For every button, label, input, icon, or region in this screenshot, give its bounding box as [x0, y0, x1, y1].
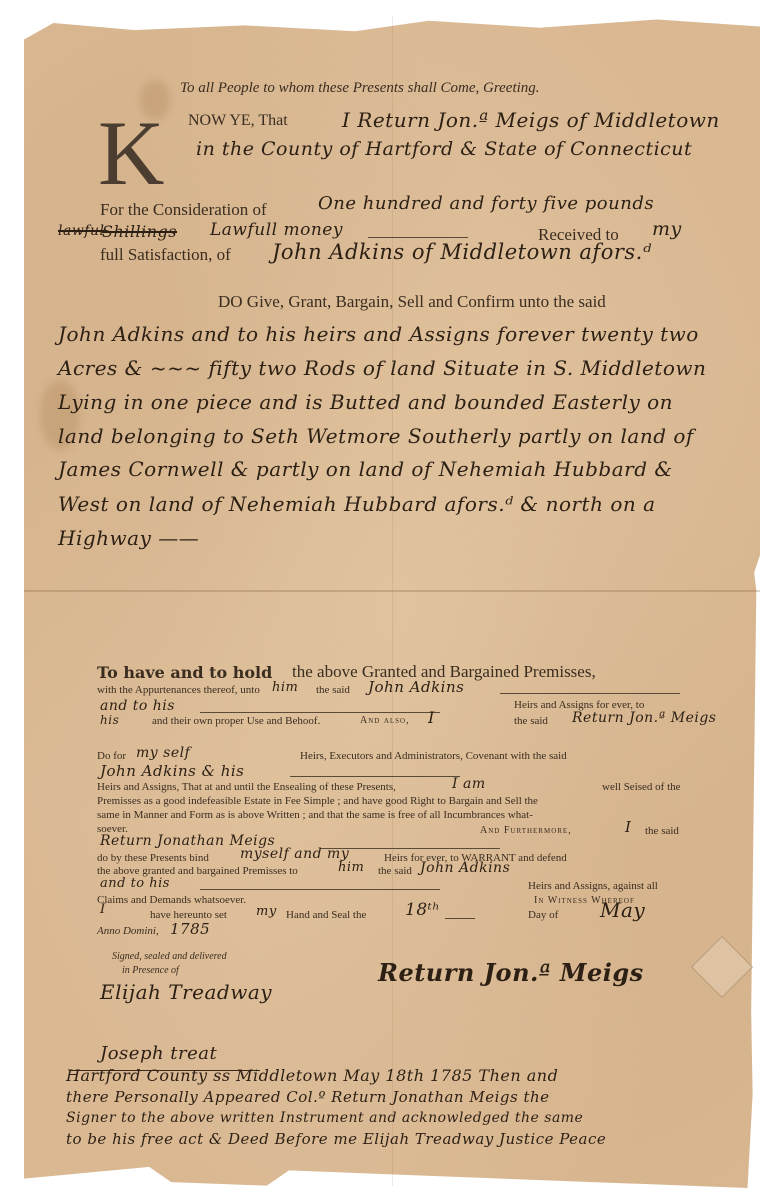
- hand-grantor-name: Return Jon.ª Meigs: [572, 710, 716, 726]
- hand-i: I: [428, 708, 435, 727]
- grantor-line1: I Return Jon.ª Meigs of Middletown: [342, 108, 720, 132]
- hand-and-to-his: and to his: [100, 698, 175, 714]
- know-ye: NOW YE, That: [188, 112, 288, 130]
- do-for: Do for: [97, 750, 126, 762]
- grantor-line2: in the County of Hartford & State of Con…: [196, 138, 692, 160]
- hand-myself-my: myself and my: [240, 846, 349, 862]
- grantee: John Adkins of Middletown afors.ᵈ: [272, 240, 652, 264]
- habendum-line1: with the Appurtenances thereof, unto: [97, 684, 260, 696]
- hand-grantee: John Adkins: [420, 860, 510, 876]
- drop-cap: K: [98, 107, 164, 199]
- received-by: my: [652, 218, 682, 240]
- acknowledgment-line: Hartford County ss Middletown May 18th 1…: [66, 1066, 558, 1085]
- vertical-fold-crease: [392, 16, 393, 1186]
- heirs-against: Heirs and Assigns, against all: [528, 880, 658, 892]
- acknowledgment-line: to be his free act & Deed Before me Elij…: [66, 1130, 606, 1148]
- covenant-line3: Heirs and Assigns, That at and until the…: [97, 781, 396, 793]
- hand-my: my: [256, 904, 277, 919]
- consideration-amount: One hundred and forty five pounds: [318, 193, 654, 214]
- witness1-signature: Elijah Treadway: [100, 980, 272, 1004]
- consideration-currency: Lawfull money: [210, 220, 343, 240]
- description-line: James Cornwell & partly on land of Nehem…: [58, 457, 673, 481]
- description-line: Acres & ~~~ fifty two Rods of land Situa…: [58, 356, 706, 380]
- covenant-line5: same in Manner and Form as is above Writ…: [97, 809, 533, 821]
- use-behoof: and their own proper Use and Behoof.: [152, 715, 320, 727]
- claims-demands: Claims and Demands whatsoever.: [97, 894, 246, 906]
- the-said: the said: [378, 865, 412, 877]
- the-said: the said: [316, 684, 350, 696]
- the-said: the said: [645, 825, 679, 837]
- the-said: the said: [514, 715, 548, 727]
- blank-rule: [200, 712, 440, 713]
- hand-i: I: [100, 902, 106, 917]
- presence-label: in Presence of: [122, 965, 179, 976]
- hand-his: his: [100, 713, 119, 727]
- blank-rule: [290, 776, 460, 777]
- grant-clause: DO Give, Grant, Bargain, Sell and Confir…: [218, 292, 606, 312]
- witness2-signature: Joseph treat: [100, 1043, 217, 1064]
- hand-and-to-his: and to his: [100, 876, 170, 891]
- warranty-line1: do by these Presents bind: [97, 852, 209, 864]
- hand-i: I: [625, 818, 631, 836]
- hand-him: him: [338, 860, 364, 875]
- hand-i-am: I am: [452, 776, 486, 792]
- well-seised: well Seised of the: [602, 781, 681, 793]
- furthermore: And Furthermore,: [480, 825, 572, 836]
- hand-month: May: [600, 898, 645, 922]
- description-line: Highway ——: [58, 526, 199, 550]
- hand-grantee-his: John Adkins & his: [100, 762, 244, 780]
- blank-rule: [500, 693, 680, 694]
- satisfaction-label: full Satisfaction, of: [100, 245, 231, 265]
- heading: To all People to whom these Presents sha…: [180, 80, 540, 97]
- consideration-label: For the Consideration of: [100, 200, 267, 220]
- description-line: John Adkins and to his heirs and Assigns…: [58, 322, 699, 346]
- blank-rule: [445, 918, 475, 919]
- hand-year: 1785: [170, 920, 210, 938]
- hand-day: 18ᵗʰ: [405, 900, 440, 920]
- description-line: West on land of Nehemiah Hubbard afors.ᵈ…: [58, 492, 656, 516]
- hand-him: him: [272, 680, 298, 695]
- struck-word: lawful: [58, 223, 104, 239]
- acknowledgment-line: there Personally Appeared Col.º Return J…: [66, 1088, 550, 1106]
- acknowledgment-line: Signer to the above written Instrument a…: [66, 1110, 583, 1126]
- description-line: land belonging to Seth Wetmore Southerly…: [58, 424, 694, 448]
- description-line: Lying in one piece and is Butted and bou…: [58, 390, 673, 414]
- signed-label: Signed, sealed and delivered: [112, 951, 227, 962]
- anno-domini: Anno Domini,: [97, 925, 159, 937]
- shillings-struck: Shillings: [102, 222, 177, 241]
- habendum-title: To have and to hold: [97, 663, 272, 682]
- blank-rule: [200, 889, 440, 890]
- day-of: Day of: [528, 909, 558, 921]
- covenant-line4: Premisses as a good indefeasible Estate …: [97, 795, 538, 807]
- grantor-signature: Return Jon.ª Meigs: [378, 958, 644, 987]
- heirs-executors: Heirs, Executors and Administrators, Cov…: [300, 750, 567, 762]
- hand-grantee: John Adkins: [368, 678, 464, 696]
- blank-rule: [368, 237, 468, 238]
- hand-and-seal: Hand and Seal the: [286, 909, 366, 921]
- and-also: And also,: [360, 715, 410, 726]
- hand-myself: my self: [136, 745, 190, 761]
